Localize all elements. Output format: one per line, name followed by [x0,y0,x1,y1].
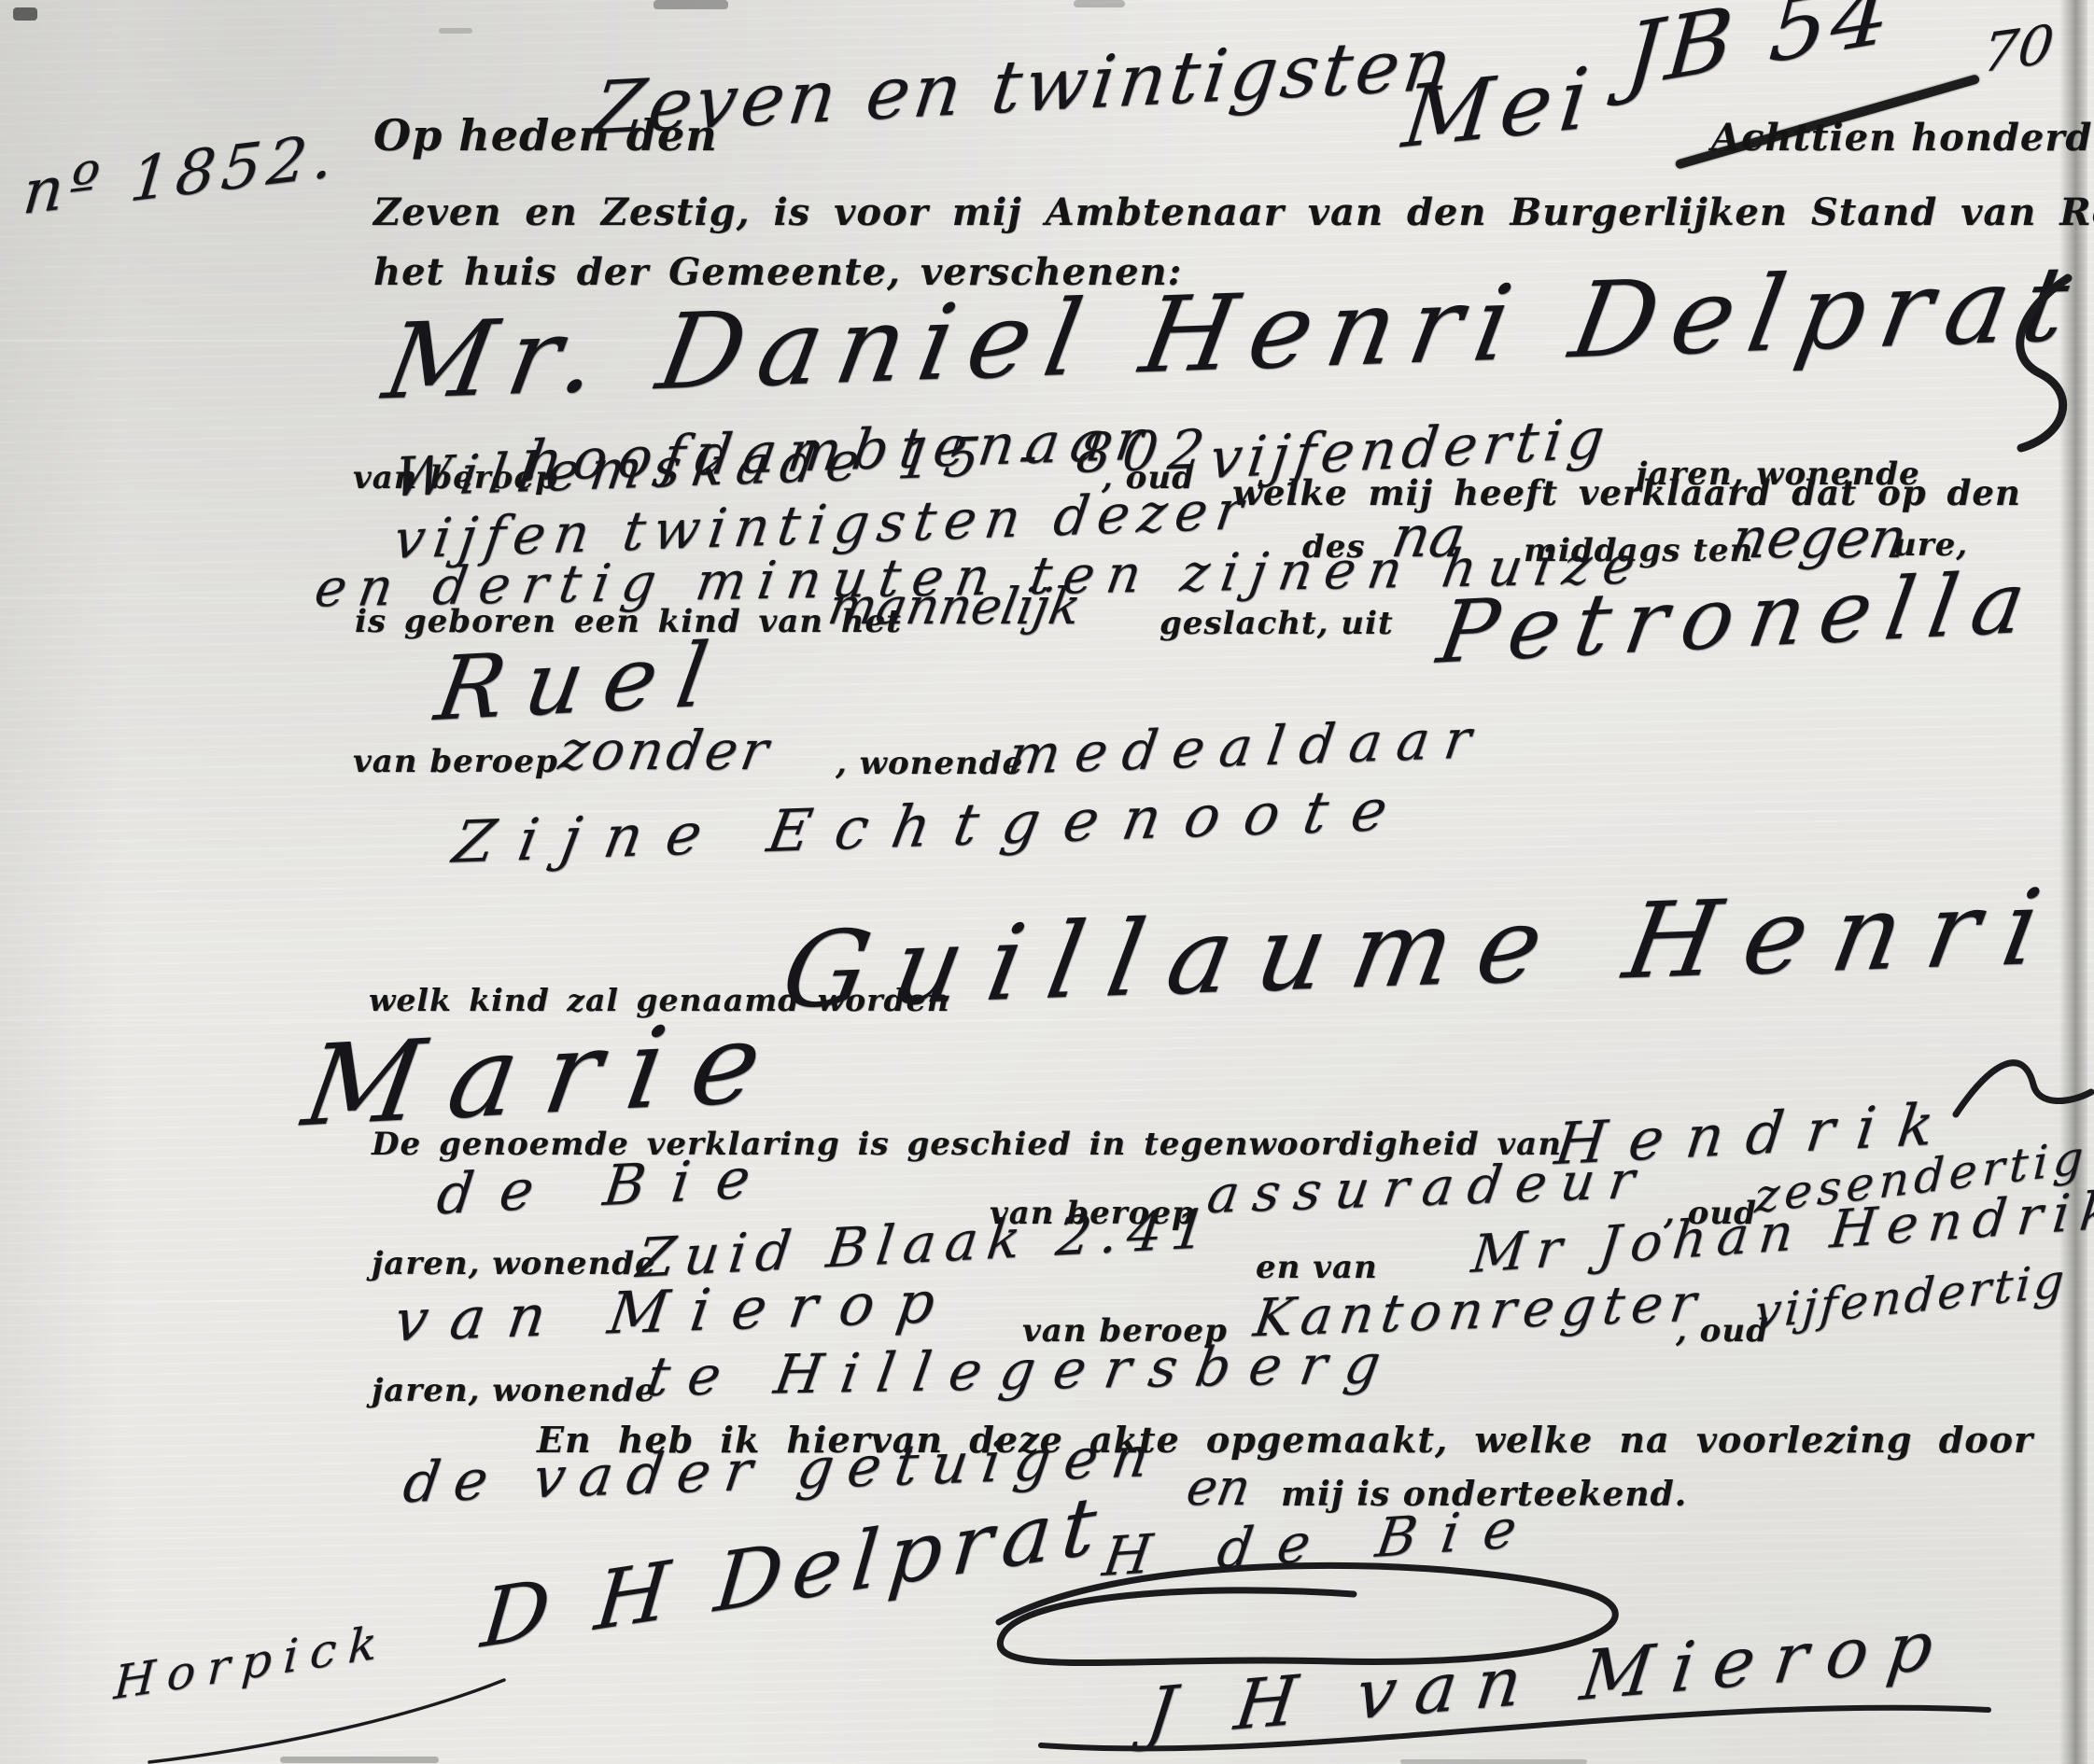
handwritten-en: en [1182,1458,1255,1517]
birth-record-page: nº 1852. JB 54 70 Op heden den Zeven en … [0,0,2094,1764]
archive-annotation-number: 70 [1979,12,2057,85]
handwritten-witness2-residence: te Hillegersberg [642,1332,1403,1408]
handwritten-month: Mei [1398,49,1601,168]
act-number: nº 1852. [21,119,342,229]
handwritten-child-names-a: Guillaume Henri [774,866,2075,1031]
ink-speck [439,28,472,34]
archive-annotation-code: JB 54 [1622,0,1897,107]
handwritten-mother-relation: Zijne Echtgenoote [448,775,1417,875]
stray-ink-mark [1970,271,2091,457]
ink-speck [653,0,728,9]
ink-speck [1074,0,1125,7]
printed-geslacht-uit: geslacht, uit [1159,605,1394,642]
witness2-signature-flourish [1027,1678,2007,1764]
handwritten-witness2-age: vijfendertig [1753,1253,2069,1339]
handwritten-mother-occupation: zonder [555,719,777,782]
handwritten-mother-residence: medealdaar [1005,707,1490,787]
printed-year-officer-line: Zeven en Zestig, is voor mij Ambtenaar v… [373,190,2094,234]
ink-speck [13,7,37,21]
witness1-signature-flourish [962,1557,1671,1697]
printed-van-beroep-2: van beroep [353,743,558,780]
handwritten-child-gender: mannelijk [823,577,1085,636]
stray-ink-mark [1942,1038,2094,1141]
printed-jaren-wonende-2: jaren, wonende [372,1245,656,1282]
printed-achttien-honderd: Achttien honderd [1711,116,2092,160]
printed-jaren-wonende-3: jaren, wonende [372,1372,656,1409]
handwritten-day-of-month: Zeven en twintigsten [589,22,1459,151]
printed-en-van: en van [1256,1249,1378,1286]
printed-wonende-2: , wonende [836,745,1023,782]
margin-note-flourish [140,1673,541,1764]
